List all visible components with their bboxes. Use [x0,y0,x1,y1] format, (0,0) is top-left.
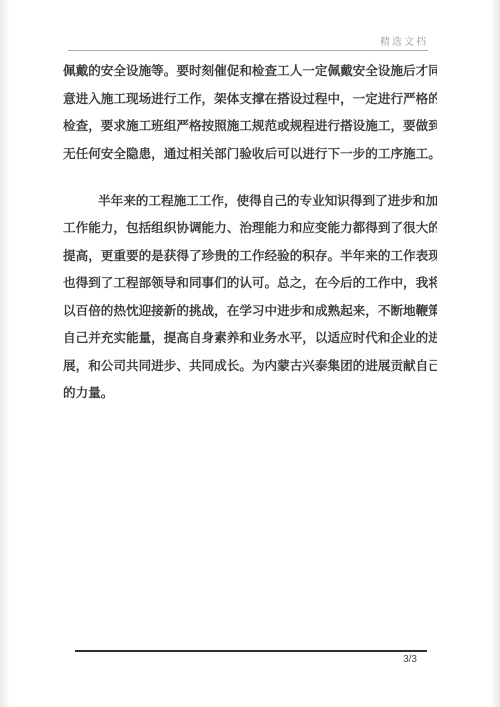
text-line: 的力量。 [63,380,437,408]
page-right-edge-shade [490,0,500,707]
text-line: 工作能力，包括组织协调能力、治理能力和应变能力都得到了很大的 [63,215,437,243]
text-line: 无任何安全隐患，通过相关部门验收后可以进行下一步的工序施工。 [63,141,437,169]
header-divider-line [68,50,428,51]
footer-divider-line [75,650,427,652]
text-line: 提高，更重要的是获得了珍贵的工作经验的积存。半年来的工作表现 [63,243,437,271]
text-line: 展，和公司共同进步、共同成长。为内蒙古兴泰集团的进展贡献自己 [63,353,437,381]
text-line: 检查，要求施工班组严格按照施工规范或规程进行搭设施工，要做到 [63,113,437,141]
text-line: 以百倍的热忱迎接新的挑战，在学习中进步和成熟起来，不断地鞭策 [63,298,437,326]
text-line: 也得到了工程部领导和同事们的认可。总之，在今后的工作中，我将 [63,270,437,298]
text-line: 自己并充实能量，提高自身素养和业务水平，以适应时代和企业的进 [63,325,437,353]
page-number: 3/3 [403,654,417,665]
text-line: 意进入施工现场进行工作，架体支撑在搭设过程中，一定进行严格的 [63,86,437,114]
header-watermark-label: 精选文档 [380,33,428,48]
paragraph: 半年来的工程施工工作，使得自己的专业知识得到了进步和加深， 工作能力，包括组织协… [63,188,437,408]
document-body: 佩戴的安全设施等。要时刻催促和检查工人一定佩戴安全设施后才同 意进入施工现场进行… [63,58,437,408]
text-line: 半年来的工程施工工作，使得自己的专业知识得到了进步和加深， [63,188,437,216]
page-left-edge-shade [0,0,10,707]
paragraph: 佩戴的安全设施等。要时刻催促和检查工人一定佩戴安全设施后才同 意进入施工现场进行… [63,58,437,168]
text-line: 佩戴的安全设施等。要时刻催促和检查工人一定佩戴安全设施后才同 [63,58,437,86]
document-page: 精选文档 佩戴的安全设施等。要时刻催促和检查工人一定佩戴安全设施后才同 意进入施… [0,0,500,707]
